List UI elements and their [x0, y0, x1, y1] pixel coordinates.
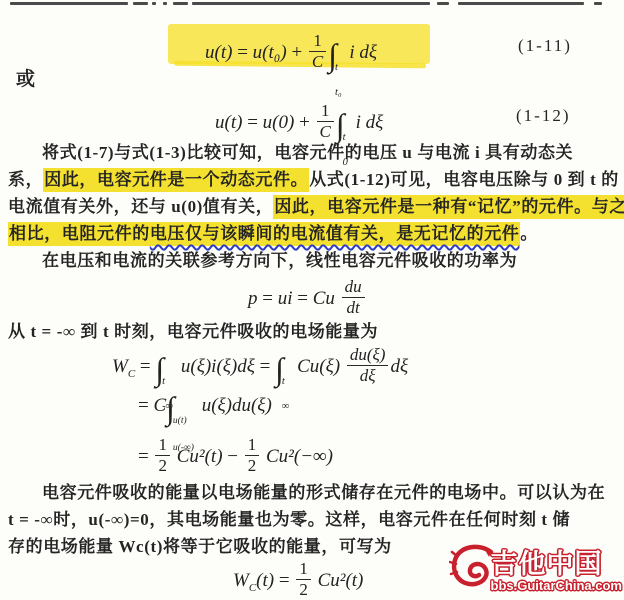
equation-1-12: u(t) = u(0) + 1C∫t0 i dξ (1-12)	[0, 94, 624, 142]
wc-row3-minus: −	[227, 446, 238, 467]
scan-dash	[173, 2, 188, 5]
frac-den: 2	[155, 456, 170, 475]
energy-intro-line: 从 t = -∞ 到 t 时刻，电容元件吸收的电场能量为	[8, 320, 378, 344]
wc-derivative-fraction: du(ξ)dξ	[347, 346, 389, 385]
wc-row3-term2: Cu²(−∞)	[266, 446, 333, 467]
eq11-plus: +	[291, 42, 302, 63]
wc-row2-C: C	[153, 395, 166, 416]
eq11-equals: =	[237, 42, 248, 63]
eq12-integrand: i dξ	[356, 112, 384, 133]
wc-row2-body: u(ξ)du(ξ)	[202, 395, 272, 416]
paragraph1-line3: 电流值有关外，还与 u(0)值有关，因此，电容元件是一种有“记忆”的元件。与之	[8, 195, 624, 219]
wc-W: W	[112, 356, 128, 377]
text-segment: 电流值有关外，还与 u(0)值有关，	[8, 197, 273, 216]
equation-number-1-12: (1-12)	[516, 106, 570, 126]
power-frac-den: dt	[342, 298, 365, 317]
scan-dash	[458, 2, 584, 5]
wc-body1: u(ξ)i(ξ)dξ	[181, 356, 255, 377]
wc-eq2: =	[260, 356, 271, 377]
highlighted-text: 因此，电容元件是一种有“记忆”的元件。与之	[273, 195, 624, 219]
text-segment: 。	[520, 224, 538, 243]
watermark: 吉他中国 bbs.GuitarChina.com	[449, 542, 622, 594]
final-W: W	[233, 570, 249, 591]
eq12-rhs1: u(0)	[263, 112, 295, 133]
scan-dash	[133, 2, 148, 5]
eq11-fraction: 1C	[309, 32, 326, 71]
eq11-integral: ∫tt₀	[328, 39, 344, 99]
wc-row2-eq: =	[138, 395, 149, 416]
frac-den: 2	[296, 580, 311, 599]
final-fraction: 12	[296, 560, 311, 599]
wc-row3-eq: =	[138, 446, 149, 467]
watermark-url: bbs.GuitarChina.com	[491, 578, 622, 594]
wc-row3-frac1: 12	[155, 436, 170, 475]
final-wc: WC(t)	[233, 570, 274, 591]
frac-num: 1	[245, 436, 260, 456]
scan-dash	[152, 2, 156, 5]
eq12-fraction: 1C	[317, 102, 334, 141]
power-Cu: Cu	[313, 288, 335, 309]
eq11-lhs: u(t)	[205, 42, 232, 63]
wc-row1: WC = ∫t-∞ u(ξ)i(ξ)dξ = ∫t∞ Cu(ξ) du(ξ)dξ…	[112, 346, 612, 392]
scan-dash	[437, 2, 449, 5]
power-p: p	[248, 288, 258, 309]
wc-int1-upper: t	[162, 377, 165, 388]
equation-wc-block: WC = ∫t-∞ u(ξ)i(ξ)dξ = ∫t∞ Cu(ξ) du(ξ)dξ…	[112, 346, 612, 478]
watermark-brand: 吉他中国	[491, 551, 603, 578]
wc-frac-num: du(ξ)	[347, 346, 389, 366]
scan-dash	[192, 2, 430, 5]
highlighted-text: 相比，电阻元件的电压仅与该瞬间的电流值有关，是无记忆的元件	[8, 222, 520, 246]
paragraph1-line1: 将式(1-7)与式(1-3)比较可知，电容元件的电压 u 与电流 i 具有动态关	[8, 141, 573, 165]
final-of-t: (t)	[256, 570, 274, 591]
equation-final: WC(t) = 12 Cu²(t)	[233, 560, 363, 599]
eq11-int-upper: t	[335, 63, 338, 74]
equation-1-11: u(t) = u(t₀) + 1C∫tt₀ i dξ (1-11)	[0, 26, 624, 72]
eq12-lhs: u(t)	[215, 112, 242, 133]
highlighted-text: 因此，电容元件是一个动态元件。	[43, 168, 309, 192]
wc-symbol: WC	[112, 356, 135, 377]
scan-dash	[10, 2, 128, 5]
wc-eq1: =	[140, 356, 151, 377]
blue-underlined-text: 电压仅与该瞬间的电流值有关，是无记忆的元件	[150, 224, 520, 243]
wc-frac-den: dξ	[347, 366, 389, 385]
wc-W-subscript: C	[128, 368, 135, 380]
frac-den: 2	[245, 456, 260, 475]
text-segment: 相比，电阻元件的	[9, 224, 150, 243]
wc-int3-upper: u(t)	[173, 417, 187, 427]
power-derivative-fraction: dudt	[342, 278, 365, 317]
wc-integral2: ∫t∞	[275, 353, 292, 413]
eq11-frac-den: C	[309, 52, 326, 71]
eq11-frac-num: 1	[309, 32, 326, 52]
watermark-texts: 吉他中国 bbs.GuitarChina.com	[491, 551, 622, 594]
wc-row3-frac2: 12	[245, 436, 260, 475]
wc-int2-upper: t	[282, 377, 285, 388]
frac-num: 1	[296, 560, 311, 580]
paragraph3-line3: 存的电场能量 Wc(t)将等于它吸收的能量，可写为	[8, 535, 392, 559]
dragon-logo-icon	[449, 542, 497, 594]
scan-dash	[163, 2, 167, 5]
scan-dash	[594, 2, 602, 5]
paragraph2-line1: 在电压和电流的关联参考方向下，线性电容元件吸收的功率为	[8, 249, 517, 273]
eq11-rhs1: u(t₀)	[253, 42, 287, 63]
final-eq: =	[279, 570, 290, 591]
eq12-equals: =	[247, 112, 258, 133]
text-segment: 从式(1-12)可见，电容电压除与 0 到 t 的	[309, 170, 619, 189]
power-ui: ui	[278, 288, 293, 309]
power-eq1: =	[262, 288, 273, 309]
paragraph1-line4: 相比，电阻元件的电压仅与该瞬间的电流值有关，是无记忆的元件。	[8, 222, 538, 246]
eq12-frac-den: C	[317, 122, 334, 141]
frac-num: 1	[155, 436, 170, 456]
wc-body2b: dξ	[390, 356, 408, 377]
paragraph3-line2: t = -∞时，u(-∞)=0，其电场能量也为零。这样，电容元件在任何时刻 t …	[8, 508, 570, 532]
or-label: 或	[16, 68, 36, 92]
wc-row3: = 12 Cu²(t) − 12 Cu²(−∞)	[112, 436, 612, 478]
wc-row3-term1: Cu²(t)	[177, 446, 223, 467]
power-frac-num: du	[342, 278, 365, 298]
power-eq2: =	[297, 288, 308, 309]
final-rhs: Cu²(t)	[318, 570, 364, 591]
wc-int2-lower: ∞	[282, 402, 290, 413]
text-segment: 系，	[8, 170, 43, 189]
wc-row2: = C∫u(t)u(-∞) u(ξ)du(ξ)	[112, 392, 612, 436]
equation-power: p = ui = Cu dudt	[248, 278, 367, 317]
wc-body2a: Cu(ξ)	[297, 356, 340, 377]
paragraph1-line2: 系，因此，电容元件是一个动态元件。从式(1-12)可见，电容电压除与 0 到 t…	[8, 168, 619, 192]
eq11-integrand: i dξ	[349, 42, 377, 63]
eq12-plus: +	[299, 112, 310, 133]
equation-number-1-11: (1-11)	[518, 36, 572, 56]
eq12-frac-num: 1	[317, 102, 334, 122]
paragraph3-line1: 电容元件吸收的能量以电场能量的形式储存在元件的电场中。可以认为在	[8, 481, 605, 505]
equation-1-11-body: u(t) = u(t₀) + 1C∫tt₀ i dξ	[205, 32, 377, 99]
